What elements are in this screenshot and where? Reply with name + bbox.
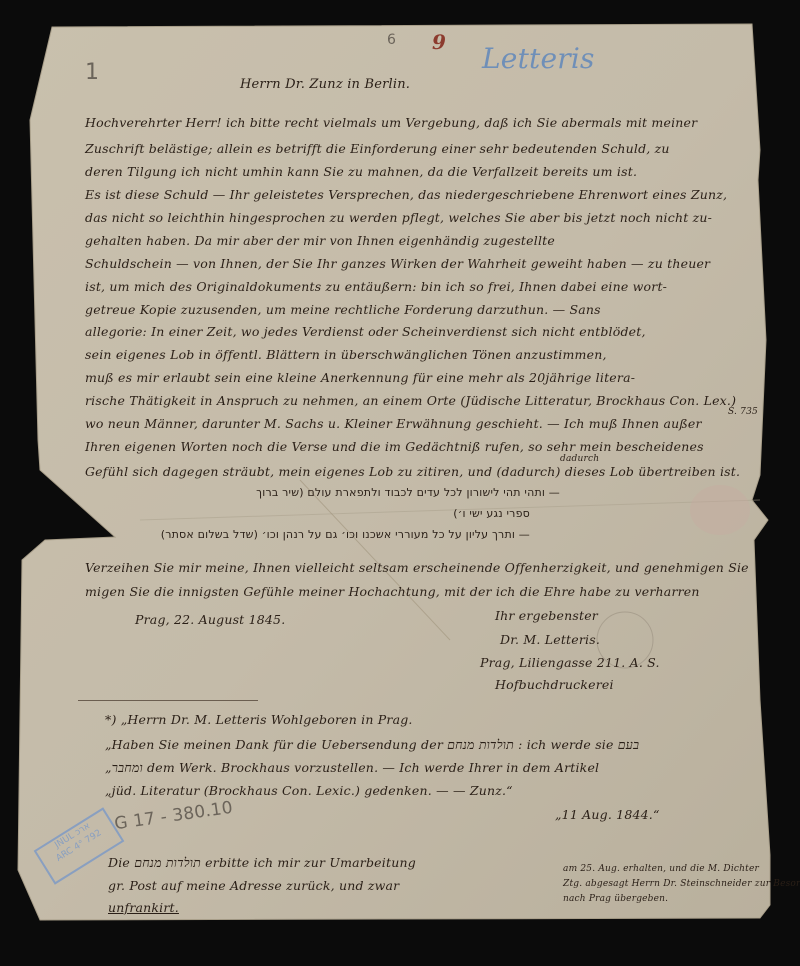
body-line-7: Schuldschein — von Ihnen, der Sie Ihr ga… [85,254,710,273]
body-line-4: Es ist diese Schuld — Ihr geleistetes Ve… [85,185,727,204]
body-line-11: sein eigenes Lob in öffentl. Blättern in… [85,345,607,364]
closing-line-1: Verzeihen Sie mir meine, Ihnen vielleich… [85,558,749,577]
body-line-2: Zuschrift belästige; allein es betrifft … [85,139,670,158]
postscript-line-1: Die תולדות מנחם erbitte ich mir zur Umar… [108,853,416,872]
footnote-rule [78,700,258,701]
hebrew-quote-2: — ותרך עליון על כל מעוררי אשכנו וכו׳ גם … [140,528,530,541]
footnote-line-2: „Haben Sie meinen Dank für die Uebersend… [105,735,639,754]
body-line-9: getreue Kopie zuzusenden, um meine recht… [85,300,601,319]
red-folio-number: 9 [432,30,446,54]
body-line-12: muß es mir erlaubt sein eine kleine Aner… [85,368,635,387]
receipt-note-1: am 25. Aug. erhalten, und die M. Dichter [563,862,759,876]
body-line-13: rische Thätigkeit in Anspruch zu nehmen,… [85,391,736,410]
margin-page-ref: S. 735 [728,405,758,419]
body-line-5: das nicht so leichthin hingesprochen zu … [85,208,712,227]
circled-pencil-number: 6 [387,32,396,48]
body-line-16: Gefühl sich dagegen sträubt, mein eigene… [85,462,740,481]
footnote-date: „11 Aug. 1844.“ [555,805,660,824]
footnote-line-1: *) „Herrn Dr. M. Letteris Wohlgeboren in… [105,710,413,729]
postscript-line-3: unfrankirt. [108,898,179,917]
body-line-1: Hochverehrter Herr! ich bitte recht viel… [85,113,697,132]
footnote-line-4: „jüd. Literatur (Brockhaus Con. Lexic.) … [105,781,513,800]
footnote-line-3: „ומחבר dem Werk. Brockhaus vorzustellen.… [105,758,599,777]
body-line-3: deren Tilgung ich nicht umhin kann Sie z… [85,162,637,181]
closing-line-2: migen Sie die innigsten Gefühle meiner H… [85,582,700,601]
body-line-15: Ihren eigenen Worten noch die Verse und … [85,437,704,456]
receipt-note-2: Ztg. abgesagt Herrn Dr. Steinschneider z… [563,877,800,891]
recipient-address: Herrn Dr. Zunz in Berlin. [240,75,410,94]
blue-author-label: Letteris [482,42,595,75]
date-place: Prag, 22. August 1845. [135,610,285,629]
body-line-14: wo neun Männer, darunter M. Sachs u. Kle… [85,414,702,433]
receipt-note-3: nach Prag übergeben. [563,892,668,906]
signature-name: Dr. M. Letteris. [500,630,600,649]
body-line-6: gehalten haben. Da mir aber der mir von … [85,231,555,250]
hebrew-quote-1: — ותהי תהי לישורון לכל עדים לכבוד ולתפאר… [160,486,560,499]
body-line-10: allegorie: In einer Zeit, wo jedes Verdi… [85,322,646,341]
hebrew-quote-source: ספרי נגע ישי ו׳) [300,507,530,520]
letter-page: 1 6 9 Letteris Herrn Dr. Zunz in Berlin.… [0,0,800,966]
margin-page-number: 1 [85,60,99,85]
body-line-8: ist, um mich des Originaldokuments zu en… [85,277,667,296]
signature-address: Prag, Liliengasse 211. A. S. [480,653,660,672]
valediction: Ihr ergebenster [495,606,598,625]
signature-role: Hofbuchdruckerei [495,675,614,694]
postscript-line-2: gr. Post auf meine Adresse zurück, und z… [108,876,399,895]
